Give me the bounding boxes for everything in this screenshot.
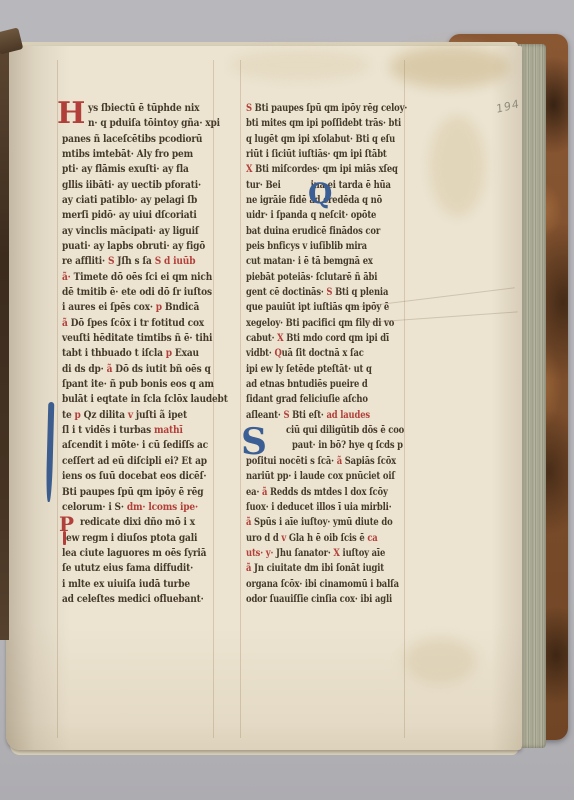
rubric-text: S (246, 102, 255, 114)
body-text: ipi ew ly ſetēde pteſtāt· ut q (246, 363, 372, 375)
text-line: puati· ay lapbs obruti· ay figō (62, 239, 205, 253)
text-line: X Bti miſcordes· qm ipi miās xſeq (246, 162, 398, 176)
text-line: Bti paupes ſpū qm ipōy ē rēg (62, 485, 203, 499)
body-text: ay vinclis mācipati· ay liguiſ (62, 225, 199, 237)
text-line: xegeloy· Bti pacifici qm fily di vo (246, 316, 394, 330)
body-text: ciū qui diligūtib dōs ē coo (286, 424, 404, 436)
text-line: ſe ututz eius fama diffudit· (62, 561, 193, 575)
body-text: peis bnficys v iuſiblib mira (246, 240, 367, 252)
text-line: q lugēt qm ipi xſolabut· Bti q eſu (246, 132, 395, 146)
rubric-text: X (246, 163, 255, 175)
body-text: piebāt poteiās· ſclutarē ñ ābi (246, 271, 377, 283)
text-line: veuſti hēditate timtibs ñ ē· tihi (62, 331, 212, 345)
body-text: nariūt pp· i laude cox pnūciet oiſ (246, 470, 395, 482)
rubric-text: v (128, 409, 136, 421)
photo-of-manuscript: { "folio": { "number": "194" }, "palette… (0, 0, 574, 800)
parchment-stain (430, 116, 485, 216)
rubric-text: p (156, 301, 165, 313)
body-text: Spūs i aīe iuſtoy· ymū diute do (254, 516, 392, 528)
text-line: tabt i thbuado t iſcla p Exau (62, 346, 199, 360)
rubric-text: p (75, 409, 84, 421)
text-line: ea· ã Redds ds mtdes l dox ſcōy (246, 485, 388, 499)
text-line: celorum· i S· dm· lcoms ipe· (62, 500, 198, 514)
text-line: uts· y· Jhu ſanator· X iuſtoy aīe (246, 546, 385, 560)
body-text: ad celeſtes medici ofluebant· (62, 593, 204, 605)
text-line: mtibs imtebāt· Aly fro pem (62, 147, 193, 161)
body-text: Jhu ſanator· (276, 547, 333, 559)
body-text: que pauiūt ipt iuſtiās qm ipōy ē (246, 301, 389, 313)
text-line: vidbt· Quā ſit doctnā x ſac (246, 346, 364, 360)
body-text: uā ſit doctnā x ſac (282, 347, 364, 359)
body-text: bulāt i eqtate in ſcla ſclōx laudebt (62, 393, 228, 405)
rubric-text: ã (262, 486, 270, 498)
text-line: bti mites qm ipi poſſidebt trās· bti (246, 116, 401, 130)
rubric-text: ca (367, 532, 377, 544)
body-text: veuſti hēditate timtibs ñ ē· tihi (62, 332, 212, 344)
body-text: Bti eſt· (292, 409, 326, 421)
body-text: Jn ciuitate dm ibi ſonāt iugit (254, 562, 384, 574)
body-text: bat duina erudicē finādos cor (246, 225, 380, 237)
body-text: ys ſbiectū ē tūphde nix (88, 102, 199, 114)
parchment-stain (404, 638, 476, 684)
text-line: uidr· i ſpanda q neſcit· opōte (246, 208, 376, 222)
body-text: i mlte ex uiuiſa iudā turbe (62, 578, 190, 590)
body-text: i aures ei ſpēs cox· (62, 301, 156, 313)
body-text: Bndicā (165, 301, 199, 313)
text-line: ceſſert ad eū diſcipli ei? Et ap (62, 454, 207, 468)
body-text: Qz dilita (84, 409, 128, 421)
text-line: bat duina erudicē finādos cor (246, 224, 380, 238)
body-text: q lugēt qm ipi xſolabut· Bti q eſu (246, 133, 395, 145)
text-line: uro d d v Gla h ē oib ſcis ē ca (246, 531, 378, 545)
text-line: merſi pidō· ay uiui dſcoriati (62, 208, 197, 222)
body-text: ad etnas bntudiēs pueire d (246, 378, 368, 390)
body-text: iuſtoy aīe (343, 547, 386, 559)
text-line: poſitui nocēti s ſcā· ã Sapiās ſcōx (246, 454, 396, 468)
body-text: Timete dō oēs ſci ei qm nich (74, 271, 213, 283)
body-text: uro d d (246, 532, 281, 544)
text-line: dē tmitib ē· ete odi dō ſr iuſtos (62, 285, 212, 299)
text-line: bulāt i eqtate in ſcla ſclōx laudebt (62, 392, 228, 406)
body-text: ay ciati patiblo· ay pelagi ſb (62, 194, 197, 206)
text-line: ad celeſtes medici ofluebant· (62, 592, 204, 606)
rubric-text: S (326, 286, 335, 298)
body-text: tabt i thbuado t iſcla (62, 347, 166, 359)
text-line: pti· ay flāmis exuſti· ay fla (62, 162, 189, 176)
body-text: xegeloy· Bti pacifici qm fily di vo (246, 317, 394, 329)
text-line: gent cē doctinās· S Bti q plenia (246, 285, 388, 299)
body-text: cabut· (246, 332, 277, 344)
text-line: ã Spūs i aīe iuſtoy· ymū diute do (246, 515, 393, 529)
body-text: ſl i t vidēs i turbas (62, 424, 154, 436)
rubric-text: v (281, 532, 288, 544)
text-line: lea ciute laguores m oēs ſyriā (62, 546, 206, 560)
body-text: bti mites qm ipi poſſidebt trās· bti (246, 117, 401, 129)
rubric-text: mathī (154, 424, 183, 436)
text-line: paut· in bō? hye q ſcds p (292, 438, 403, 452)
text-line: organa ſcōx· ibi cinamomū i balſa (246, 577, 399, 591)
body-text: cut matan· i ē tā bemgnā ex (246, 255, 373, 267)
text-line: peis bnficys v iuſiblib mira (246, 239, 367, 253)
gutter-shadow (6, 46, 70, 750)
body-text: Bti paupes ſpū qm ipōy rēg celoy· (255, 102, 407, 114)
folio-number: 194 (495, 97, 521, 115)
body-text: gent cē doctinās· (246, 286, 326, 298)
body-text: riūt i ſiciūt iuſtiās· qm ipi ſtābt (246, 148, 387, 160)
body-text: panes ñ laceſcētibs pcodiorū (62, 133, 202, 145)
text-line: ciū qui diligūtib dōs ē coo (286, 423, 404, 437)
text-line: i mlte ex uiuiſa iudā turbe (62, 577, 190, 591)
rubric-text: uts· y· (246, 547, 276, 559)
rubric-text: S (108, 255, 117, 267)
parchment-stain (390, 46, 510, 88)
rubric-text: p (166, 347, 175, 359)
body-text: lea ciute laguores m oēs ſyriā (62, 547, 206, 559)
text-line: redicate dixi dño mō i x (80, 515, 195, 529)
text-line: n· q pduiſa tōintoy gña· xpi (88, 116, 220, 130)
text-line: ſl i t vidēs i turbas mathī (62, 423, 183, 437)
body-text: ſidant grad feliciuſie aſcho (246, 393, 368, 405)
body-text: Gla h ē oib ſcis ē (289, 532, 367, 544)
parchment-stain (230, 50, 370, 80)
text-line: gllis iibāti· ay uectib pforati· (62, 178, 201, 192)
body-text: ew regm i diuſos ptota gali (66, 532, 197, 544)
body-text: tur· Bei (246, 179, 283, 191)
body-text: paut· in bō? hye q ſcds p (292, 439, 403, 451)
text-line: ew regm i diuſos ptota gali (66, 531, 197, 545)
ruling-line (404, 60, 405, 738)
manuscript-page: ys ſbiectū ē tūphde nixn· q pduiſa tōint… (6, 46, 522, 750)
rubric-text: ã (107, 363, 116, 375)
body-text: ina ei tarda ē hūa (283, 179, 390, 191)
text-line: ad etnas bntudiēs pueire d (246, 377, 368, 391)
body-text: ceſſert ad eū diſcipli ei? Et ap (62, 455, 207, 467)
body-text: Bti mdo cord qm ipi dī (286, 332, 389, 344)
body-text: Jſh s ſa (117, 255, 154, 267)
text-line: ipi ew ly ſetēde pteſtāt· ut q (246, 362, 372, 376)
body-text: juſti ã ipet (136, 409, 187, 421)
text-line: i aures ei ſpēs cox· p Bndicā (62, 300, 199, 314)
body-text: ſuox· i deducet illos ī uia mirbli· (246, 501, 391, 513)
rubric-text: dm· lcoms ipe· (127, 501, 198, 513)
text-line: odor ſuauiſſie cinſia cox· ibi agli (246, 592, 392, 606)
rubric-text: S (283, 409, 292, 421)
body-text: iens os ſuū docebat eos dicēſ· (62, 470, 206, 482)
body-text: aſleant· (246, 409, 283, 421)
ruling-line (240, 60, 241, 738)
illuminated-initial-S: S (241, 424, 267, 460)
text-line: iens os ſuū docebat eos dicēſ· (62, 469, 206, 483)
text-line: re affliti· S Jſh s ſa S d iuūb (62, 254, 195, 268)
body-text: uidr· i ſpanda q neſcit· opōte (246, 209, 376, 221)
body-text: merſi pidō· ay uiui dſcoriati (62, 209, 197, 221)
body-text: Bti paupes ſpū qm ipōy ē rēg (62, 486, 203, 498)
body-text: ea· (246, 486, 262, 498)
rubric-text: S d iuūb (155, 255, 196, 267)
body-text: aſcendit i mōte· i cū ſediſſs ac (62, 439, 208, 451)
body-text: dē tmitib ē· ete odi dō ſr iuſtos (62, 286, 212, 298)
text-line: ã Dō ſpes ſcōx i tr fotitud cox (62, 316, 204, 330)
text-line: ã Jn ciuitate dm ibi ſonāt iugit (246, 561, 384, 575)
text-line: piebāt poteiās· ſclutarē ñ ābi (246, 270, 377, 284)
rubric-text: X (277, 332, 286, 344)
rubric-text: Q (274, 347, 281, 359)
body-text: mtibs imtebāt· Aly fro pem (62, 148, 193, 160)
body-text: Sapiās ſcōx (345, 455, 396, 467)
text-line: ay vinclis mācipati· ay liguiſ (62, 224, 199, 238)
text-line: ſuox· i deducet illos ī uia mirbli· (246, 500, 391, 514)
rubric-text: ad laudes (326, 409, 370, 421)
text-line: S Bti paupes ſpū qm ipōy rēg celoy· (246, 101, 407, 115)
body-text: Dō ſpes ſcōx i tr fotitud cox (71, 317, 204, 329)
text-line: cabut· X Bti mdo cord qm ipi dī (246, 331, 389, 345)
body-text: puati· ay lapbs obruti· ay figō (62, 240, 205, 252)
text-line: aſleant· S Bti eſt· ad laudes (246, 408, 370, 422)
text-line: ſpant ite· ñ pub bonis eos q am (62, 377, 214, 391)
body-text: Redds ds mtdes l dox ſcōy (270, 486, 388, 498)
body-text: Bti miſcordes· qm ipi miās xſeq (255, 163, 398, 175)
body-text: odor ſuauiſſie cinſia cox· ibi agli (246, 593, 392, 605)
rubric-text: ã (246, 516, 254, 528)
text-line: nariūt pp· i laude cox pnūciet oiſ (246, 469, 395, 483)
body-text: organa ſcōx· ibi cinamomū i balſa (246, 578, 399, 590)
text-line: te p Qz dilita v juſti ã ipet (62, 408, 187, 422)
text-line: ay ciati patiblo· ay pelagi ſb (62, 193, 197, 207)
text-line: di ds dp· ã Dō ds iutit bñ oēs q (62, 362, 211, 376)
body-text: Bti q plenia (335, 286, 388, 298)
body-text: ſpant ite· ñ pub bonis eos q am (62, 378, 214, 390)
body-text: redicate dixi dño mō i x (80, 516, 195, 528)
spine-edge (0, 52, 9, 640)
text-line: ys ſbiectū ē tūphde nix (88, 101, 199, 115)
text-line: cut matan· i ē tā bemgnā ex (246, 254, 373, 268)
body-text: Dō ds iutit bñ oēs q (115, 363, 210, 375)
text-line: que pauiūt ipt iuſtiās qm ipōy ē (246, 300, 389, 314)
text-line: aſcendit i mōte· i cū ſediſſs ac (62, 438, 208, 452)
body-text: ſe ututz eius fama diffudit· (62, 562, 193, 574)
text-line: ſidant grad feliciuſie aſcho (246, 392, 368, 406)
text-line: riūt i ſiciūt iuſtiās· qm ipi ſtābt (246, 147, 387, 161)
rubric-text: ã (246, 562, 254, 574)
body-text: vidbt· (246, 347, 274, 359)
body-text: gllis iibāti· ay uectib pforati· (62, 179, 201, 191)
body-text: n· q pduiſa tōintoy gña· xpi (88, 117, 220, 129)
text-line: panes ñ laceſcētibs pcodiorū (62, 132, 202, 146)
illuminated-initial-Q: Q (308, 180, 332, 208)
rubric-text: X (333, 547, 342, 559)
text-line: ã· Timete dō oēs ſci ei qm nich (62, 270, 212, 284)
body-text: pti· ay flāmis exuſti· ay fla (62, 163, 189, 175)
body-text: Exau (175, 347, 199, 359)
